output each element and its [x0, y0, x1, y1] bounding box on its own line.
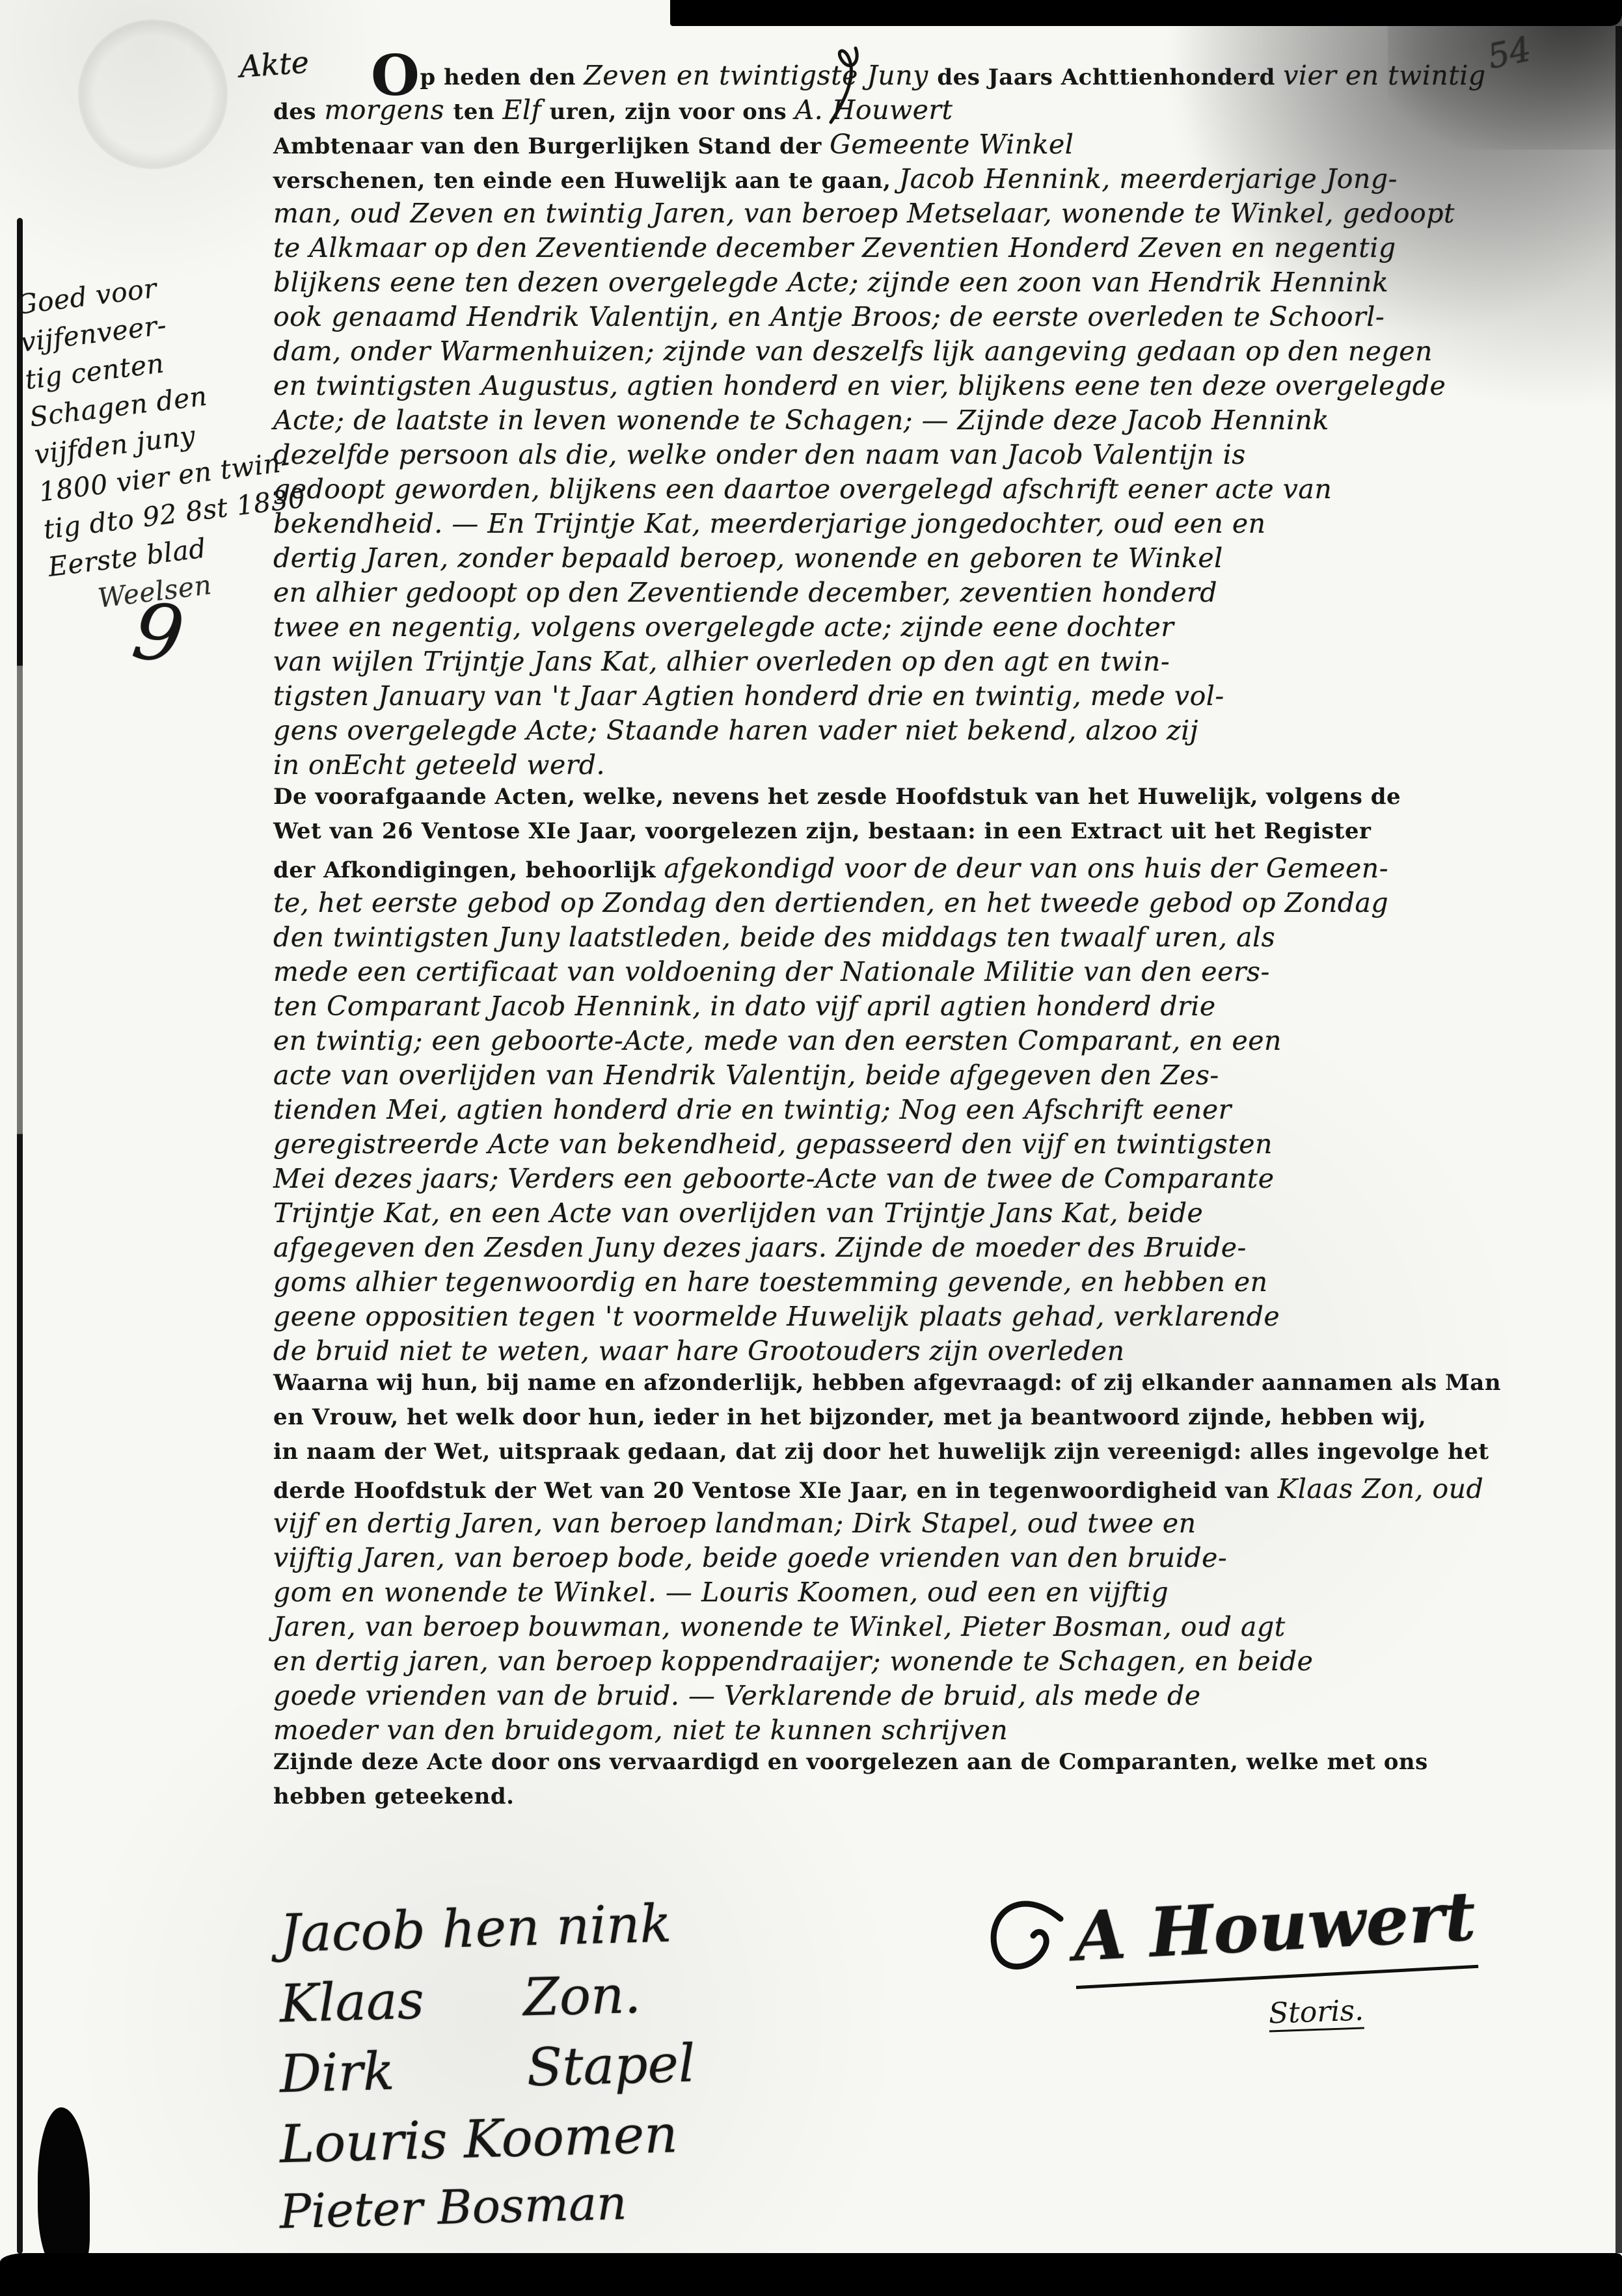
text-line: hebben geteekend. [273, 1783, 1614, 1818]
text-line: en twintigsten Augustus, agtien honderd … [273, 370, 1614, 405]
printed-text: Zijnde deze Acte door ons vervaardigd en… [273, 1749, 1428, 1775]
text-line: moeder van den bruidegom, niet te kunnen… [273, 1715, 1614, 1749]
ink-blob-bottom-left [38, 2107, 90, 2270]
act-body-text: Op heden den Zeven en twintigste Juny de… [273, 60, 1614, 1818]
handwritten-text: geregistreerde Acte van bekendheid, gepa… [273, 1128, 1273, 1160]
handwritten-text: Acte; de laatste in leven wonende te Sch… [273, 405, 1329, 436]
handwritten-text: gedoopt geworden, blijkens een daartoe o… [273, 474, 1332, 505]
text-line: te, het eerste gebod op Zondag den derti… [273, 887, 1614, 922]
text-line: en alhier gedoopt op den Zeventiende dec… [273, 577, 1614, 611]
printed-text: Ambtenaar van den Burgerlijken Stand der [273, 133, 830, 159]
handwritten-text: en twintig; een geboorte-Acte, mede van … [273, 1025, 1282, 1056]
text-line: Wet van 26 Ventose XIe Jaar, voorgelezen… [273, 818, 1614, 853]
text-line: blijkens eene ten dezen overgelegde Acte… [273, 267, 1614, 301]
handwritten-text: en alhier gedoopt op den Zeventiende dec… [273, 577, 1217, 608]
scan-edge-right [1615, 26, 1622, 2253]
handwritten-text: goede vrienden van de bruid. — Verklaren… [273, 1680, 1200, 1711]
handwritten-text: de bruid niet te weten, waar hare Grooto… [273, 1335, 1125, 1367]
text-line: verschenen, ten einde een Huwelijk aan t… [273, 163, 1614, 198]
signatures-left-column: Jacob hen ninkKlaas Zon.Dirk StapelLouri… [280, 1898, 696, 2249]
printed-text: Wet van 26 Ventose XIe Jaar, voorgelezen… [273, 818, 1371, 844]
signature: Klaas Zon. [279, 1963, 696, 2044]
text-line: Waarna wij hun, bij name en afzonderlijk… [273, 1370, 1614, 1404]
text-line: tigsten January van 't Jaar Agtien honde… [273, 680, 1614, 715]
text-line: vijf en dertig Jaren, van beroep landman… [273, 1508, 1614, 1542]
handwritten-text: gom en wonende te Winkel. — Louris Koome… [273, 1577, 1169, 1608]
text-line: Jaren, van beroep bouwman, wonende te Wi… [273, 1611, 1614, 1646]
text-line: en twintig; een geboorte-Acte, mede van … [273, 1025, 1614, 1060]
handwritten-text: vier en twintig [1283, 60, 1485, 91]
text-line: mede een certificaat van voldoening der … [273, 956, 1614, 991]
handwritten-text: Klaas Zon, oud [1278, 1473, 1484, 1504]
handwritten-text: afgekondigd voor de deur van ons huis de… [664, 853, 1388, 884]
signature: Jacob hen nink [279, 1893, 696, 1974]
text-line: te Alkmaar op den Zeventiende december Z… [273, 232, 1614, 267]
handwritten-text: in onEcht geteeld werd. [273, 749, 605, 781]
text-line: gom en wonende te Winkel. — Louris Koome… [273, 1577, 1614, 1611]
handwritten-text: Jaren, van beroep bouwman, wonende te Wi… [273, 1611, 1286, 1642]
handwritten-text: geene oppositien tegen 't voormelde Huwe… [273, 1301, 1280, 1332]
handwritten-text: man, oud Zeven en twintig Jaren, van ber… [273, 198, 1455, 229]
handwritten-text: moeder van den bruidegom, niet te kunnen… [273, 1715, 1008, 1746]
faint-stamp-ghost [78, 20, 228, 169]
text-line: tienden Mei, agtien honderd drie en twin… [273, 1094, 1614, 1128]
text-line: der Afkondigingen, behoorlijk afgekondig… [273, 853, 1614, 887]
scan-black-band-bottom [0, 2253, 1622, 2296]
text-line: dertig Jaren, zonder bepaald beroep, won… [273, 542, 1614, 577]
signature: Louris Koomen [279, 2103, 696, 2185]
text-line: bekendheid. — En Trijntje Kat, meerderja… [273, 508, 1614, 542]
registrar-signature: A Houwert [1072, 1876, 1478, 1989]
handwritten-text: van wijlen Trijntje Jans Kat, alhier ove… [273, 646, 1170, 677]
text-line: twee en negentig, volgens overgelegde ac… [273, 611, 1614, 646]
printed-text: des [273, 99, 324, 125]
handwritten-text: tigsten January van 't Jaar Agtien honde… [273, 680, 1224, 712]
text-line: Ambtenaar van den Burgerlijken Stand der… [273, 129, 1614, 163]
handwritten-text: Mei dezes jaars; Verders een geboorte-Ac… [273, 1163, 1275, 1194]
text-line: geregistreerde Acte van bekendheid, gepa… [273, 1128, 1614, 1163]
text-line: Mei dezes jaars; Verders een geboorte-Ac… [273, 1163, 1614, 1197]
signature: Pieter Bosman [279, 2174, 696, 2255]
text-line: gedoopt geworden, blijkens een daartoe o… [273, 474, 1614, 508]
printed-text: p heden den [420, 64, 584, 90]
text-line: en Vrouw, het welk door hun, ieder in he… [273, 1404, 1614, 1439]
text-line: man, oud Zeven en twintig Jaren, van ber… [273, 198, 1614, 232]
handwritten-text: dezelfde persoon als die, welke onder de… [273, 439, 1246, 470]
handwritten-text: gens overgelegde Acte; Staande haren vad… [273, 715, 1198, 746]
printed-text: De voorafgaande Acten, welke, nevens het… [273, 784, 1401, 810]
handwritten-text: te Alkmaar op den Zeventiende december Z… [273, 232, 1396, 263]
text-line: dezelfde persoon als die, welke onder de… [273, 439, 1614, 474]
text-line: de bruid niet te weten, waar hare Grooto… [273, 1335, 1614, 1370]
handwritten-text: goms alhier tegenwoordig en hare toestem… [273, 1266, 1268, 1298]
handwritten-text: bekendheid. — En Trijntje Kat, meerderja… [273, 508, 1266, 539]
handwritten-text: Zeven en twintigste Juny [584, 60, 937, 91]
printed-text: in naam der Wet, uitspraak gedaan, dat z… [273, 1439, 1489, 1465]
handwritten-text: den twintigsten Juny laatstleden, beide … [273, 922, 1275, 953]
handwritten-text: twee en negentig, volgens overgelegde ac… [273, 611, 1174, 643]
text-line: in onEcht geteeld werd. [273, 749, 1614, 784]
text-line: gens overgelegde Acte; Staande haren vad… [273, 715, 1614, 749]
text-line: den twintigsten Juny laatstleden, beide … [273, 922, 1614, 956]
text-line: ook genaamd Hendrik Valentijn, en Antje … [273, 301, 1614, 336]
text-line: Trijntje Kat, en een Acte van overlijden… [273, 1197, 1614, 1232]
handwritten-text: morgens [324, 94, 453, 126]
text-line: derde Hoofdstuk der Wet van 20 Ventose X… [273, 1473, 1614, 1508]
handwritten-text: A. Houwert [795, 94, 953, 126]
signature: Dirk Stapel [279, 2033, 696, 2115]
text-line: Op heden den Zeven en twintigste Juny de… [273, 60, 1614, 94]
printed-text: Waarna wij hun, bij name en afzonderlijk… [273, 1370, 1501, 1396]
printed-text: derde Hoofdstuk der Wet van 20 Ventose X… [273, 1478, 1278, 1504]
printed-text: en Vrouw, het welk door hun, ieder in he… [273, 1404, 1426, 1430]
text-line: goms alhier tegenwoordig en hare toestem… [273, 1266, 1614, 1301]
handwritten-text: tienden Mei, agtien honderd drie en twin… [273, 1094, 1232, 1125]
handwritten-text: Trijntje Kat, en een Acte van overlijden… [273, 1197, 1203, 1229]
handwritten-text: dam, onder Warmenhuizen; zijnde van desz… [273, 336, 1433, 367]
text-line: Zijnde deze Acte door ons vervaardigd en… [273, 1749, 1614, 1783]
handwritten-text: en twintigsten Augustus, agtien honderd … [273, 370, 1446, 401]
handwritten-text: en dertig jaren, van beroep koppendraaij… [273, 1646, 1313, 1677]
handwritten-text: Elf [502, 94, 541, 126]
text-line: afgegeven den Zesden Juny dezes jaars. Z… [273, 1232, 1614, 1266]
registrar-signature-subscript: Storis. [1268, 1994, 1364, 2032]
handwritten-text: vijf en dertig Jaren, van beroep landman… [273, 1508, 1196, 1539]
text-line: De voorafgaande Acten, welke, nevens het… [273, 784, 1614, 818]
printed-text: der Afkondigingen, behoorlijk [273, 857, 664, 883]
printed-text: verschenen, ten einde een Huwelijk aan t… [273, 168, 899, 194]
handwritten-text: blijkens eene ten dezen overgelegde Acte… [273, 267, 1388, 298]
handwritten-text: Jacob Hennink, meerderjarige Jong- [899, 163, 1398, 194]
text-line: ten Comparant Jacob Hennink, in dato vij… [273, 991, 1614, 1025]
handwritten-text: afgegeven den Zesden Juny dezes jaars. Z… [273, 1232, 1247, 1263]
registrar-signature-block: A Houwert Storis. [989, 1886, 1522, 2031]
text-line: goede vrienden van de bruid. — Verklaren… [273, 1680, 1614, 1715]
handwritten-text: ook genaamd Hendrik Valentijn, en Antje … [273, 301, 1385, 332]
margin-stamp-note: Goed voorvijfenveer-tig centenSchagen de… [14, 258, 314, 626]
text-line: vijftig Jaren, van beroep bode, beide go… [273, 1542, 1614, 1577]
handwritten-text: acte van overlijden van Hendrik Valentij… [273, 1060, 1219, 1091]
printed-text: ten [453, 99, 503, 125]
printed-text: uren, zijn voor ons [541, 99, 794, 125]
text-line: des morgens ten Elf uren, zijn voor ons … [273, 94, 1614, 129]
text-line: geene oppositien tegen 't voormelde Huwe… [273, 1301, 1614, 1335]
text-line: dam, onder Warmenhuizen; zijnde van desz… [273, 336, 1614, 370]
printed-text: hebben geteekend. [273, 1783, 514, 1809]
text-line: Acte; de laatste in leven wonende te Sch… [273, 405, 1614, 439]
printed-text: des Jaars Achttienhonderd [937, 64, 1283, 90]
handwritten-text: mede een certificaat van voldoening der … [273, 956, 1270, 987]
handwritten-text: Gemeente Winkel [830, 129, 1074, 160]
text-line: acte van overlijden van Hendrik Valentij… [273, 1060, 1614, 1094]
text-line: van wijlen Trijntje Jans Kat, alhier ove… [273, 646, 1614, 680]
text-line: in naam der Wet, uitspraak gedaan, dat z… [273, 1439, 1614, 1473]
handwritten-text: dertig Jaren, zonder bepaald beroep, won… [273, 542, 1223, 574]
handwritten-text: ten Comparant Jacob Hennink, in dato vij… [273, 991, 1216, 1022]
document-page: 54 Akte Goed voorvijfenveer-tig centenSc… [0, 0, 1622, 2296]
handwritten-text: vijftig Jaren, van beroep bode, beide go… [273, 1542, 1227, 1573]
handwritten-text: te, het eerste gebod op Zondag den derti… [273, 887, 1388, 918]
text-line: en dertig jaren, van beroep koppendraaij… [273, 1646, 1614, 1680]
book-spine-edge [17, 218, 23, 2254]
